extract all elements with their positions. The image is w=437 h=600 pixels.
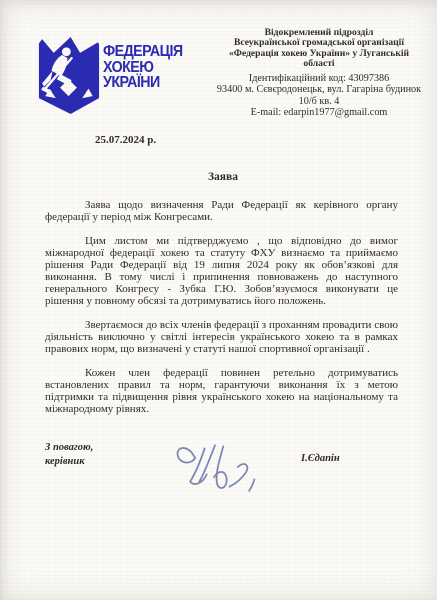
signoff-salutation: З повагою,: [45, 441, 93, 455]
org-address-line: 10/б кв. 4: [205, 96, 433, 108]
signoff-position: керівник: [45, 455, 93, 469]
handwritten-signature: [163, 436, 267, 496]
logo-wordmark-line: УКРАЇНИ: [103, 75, 183, 91]
body-paragraph: Цим листом ми підтверджуємо , що відпові…: [45, 235, 398, 307]
logo-wordmark-line: ФЕДЕРАЦІЯ: [103, 44, 183, 60]
body-paragraph: Кожен член федерації повинен ретельно до…: [45, 367, 398, 415]
hockey-player-trident-logo: [38, 37, 100, 114]
org-address-line: 93400 м. Сєвєродонецьк, вул. Гагаріна бу…: [205, 84, 433, 96]
federation-logo: ФЕДЕРАЦІЯ ХОКЕЮ УКРАЇНИ: [38, 37, 190, 114]
org-id-code: Ідентифікаційний код: 43097386: [205, 73, 433, 85]
document-title: Заява: [45, 171, 401, 183]
signoff-left: З повагою, керівник: [45, 441, 93, 469]
logo-wordmark-line: ХОКЕЮ: [103, 60, 183, 76]
document-body: Заява щодо визначення Ради Федерації як …: [45, 199, 398, 427]
signature-block: З повагою, керівник І.Єдапін: [45, 441, 401, 501]
body-paragraph: Звертаємося до всіх членів федерації з п…: [45, 319, 398, 355]
body-paragraph: Заява щодо визначення Ради Федерації як …: [45, 199, 398, 223]
scanned-letter-page: ФЕДЕРАЦІЯ ХОКЕЮ УКРАЇНИ Відокремлений пі…: [0, 0, 437, 600]
org-email: E-mail: edarpin1977@gmail.com: [205, 107, 433, 119]
signoff-name: І.Єдапін: [301, 452, 340, 466]
logo-wordmark: ФЕДЕРАЦІЯ ХОКЕЮ УКРАЇНИ: [103, 37, 183, 91]
org-name-line: області: [205, 59, 433, 69]
organization-header: Відокремлений підрозділ Всеукраїнської г…: [205, 28, 433, 119]
document-date: 25.07.2024 р.: [95, 134, 156, 146]
